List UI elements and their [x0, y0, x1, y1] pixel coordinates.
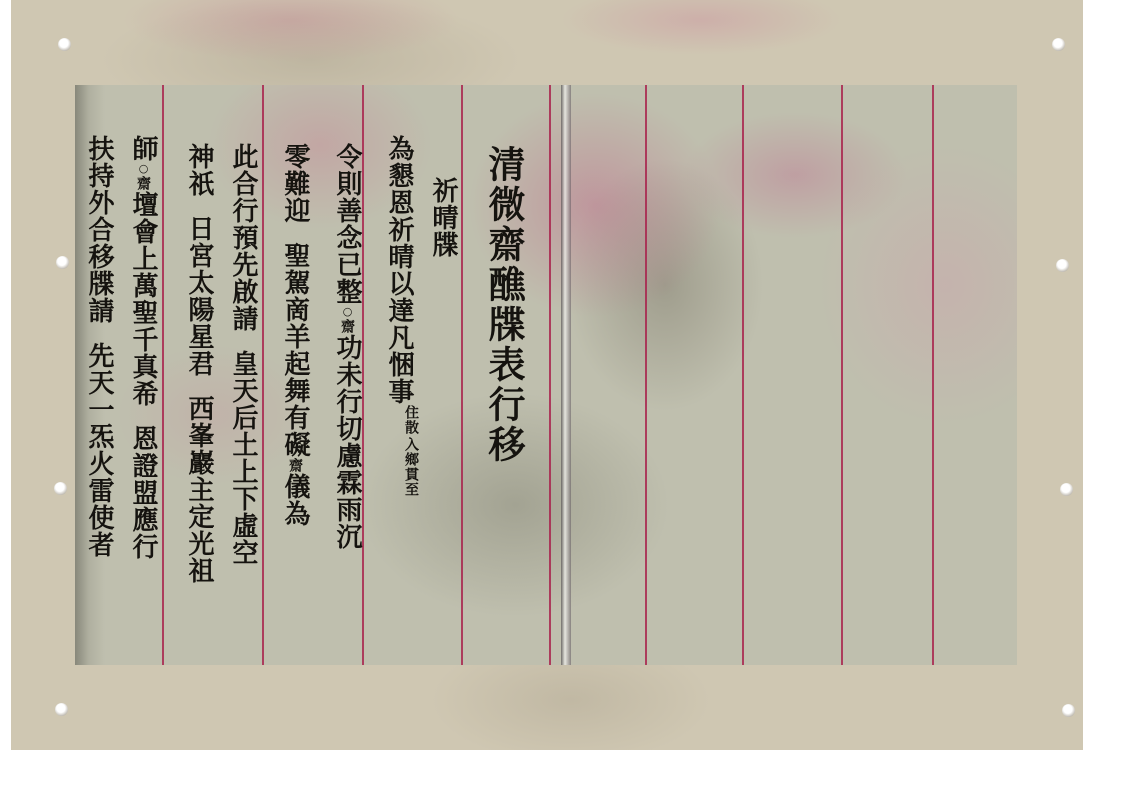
column-text: 師 [128, 135, 158, 162]
binding-hole [1060, 483, 1073, 496]
column-text: 先天一炁火雷使者 [84, 342, 114, 558]
document-title: 清微齋醮牒表行移 [477, 85, 531, 665]
column-text: 聖駕啇羊起舞有礙 [280, 242, 310, 458]
column-text: 西峯巖主定光祖 [184, 395, 214, 584]
column-text: 儀為 [280, 473, 310, 527]
interlinear-note: 入鄉貫至住散 [403, 405, 418, 497]
text-column-4: 此合行預先啟請皇天后土上下虛空 [225, 85, 262, 665]
column-text: 為懇恩祈晴以達凡悃事 [384, 135, 414, 405]
binding-hole [56, 256, 69, 269]
text-column-7: 扶持外合移牒請先天一炁火雷使者 [81, 85, 118, 665]
column-text: 零難迎 [280, 143, 310, 224]
column-text: 日宮太陽星君 [184, 215, 214, 377]
column-text: 神祇 [184, 143, 214, 197]
center-fold [561, 85, 571, 665]
column-text: 功未行切慮霖雨沉 [332, 334, 362, 550]
binding-hole [1056, 259, 1069, 272]
red-ruling-line [549, 85, 551, 665]
binding-hole [58, 38, 71, 51]
honorific-circle: ○ [341, 305, 354, 319]
section-heading: 祈晴牒 [425, 85, 462, 665]
note-left: 住散 [403, 405, 418, 435]
binding-hole [54, 482, 67, 495]
column-text: 皇天后土上下虛空 [228, 350, 258, 566]
binding-hole [1052, 38, 1065, 51]
red-ruling-line [262, 85, 264, 665]
manuscript-spread: 清微齋醮牒表行移 祈晴牒 為懇恩祈晴以達凡悃事入鄉貫至住散 令則善念已整○齋功未… [75, 85, 1017, 665]
binding-hole [55, 703, 68, 716]
small-character: 齋 [287, 458, 302, 473]
column-text: 恩證盟應行 [128, 425, 158, 560]
red-ruling-line [645, 85, 647, 665]
text-column-3: 零難迎聖駕啇羊起舞有礙齋儀為 [277, 85, 314, 665]
column-text: 令則善念已整 [332, 143, 362, 305]
small-character: 齋 [339, 319, 354, 334]
text-column-6: 師○齋壇會上萬聖千真希恩證盟應行 [125, 85, 162, 665]
text-column-5: 神祇日宮太陽星君西峯巖主定光祖 [181, 85, 218, 665]
note-right: 入鄉貫至 [403, 437, 418, 497]
red-ruling-line [932, 85, 934, 665]
small-character: 齋 [135, 176, 150, 191]
column-text: 扶持外合移牒請 [84, 135, 114, 324]
honorific-circle: ○ [137, 162, 150, 176]
column-text: 此合行預先啟請 [228, 143, 258, 332]
red-ruling-line [841, 85, 843, 665]
red-ruling-line [162, 85, 164, 665]
text-column-1: 為懇恩祈晴以達凡悃事入鄉貫至住散 [381, 85, 418, 665]
red-ruling-line [742, 85, 744, 665]
text-column-2: 令則善念已整○齋功未行切慮霖雨沉 [329, 85, 366, 665]
column-text: 壇會上萬聖千真希 [128, 191, 158, 407]
binding-hole [1062, 704, 1075, 717]
